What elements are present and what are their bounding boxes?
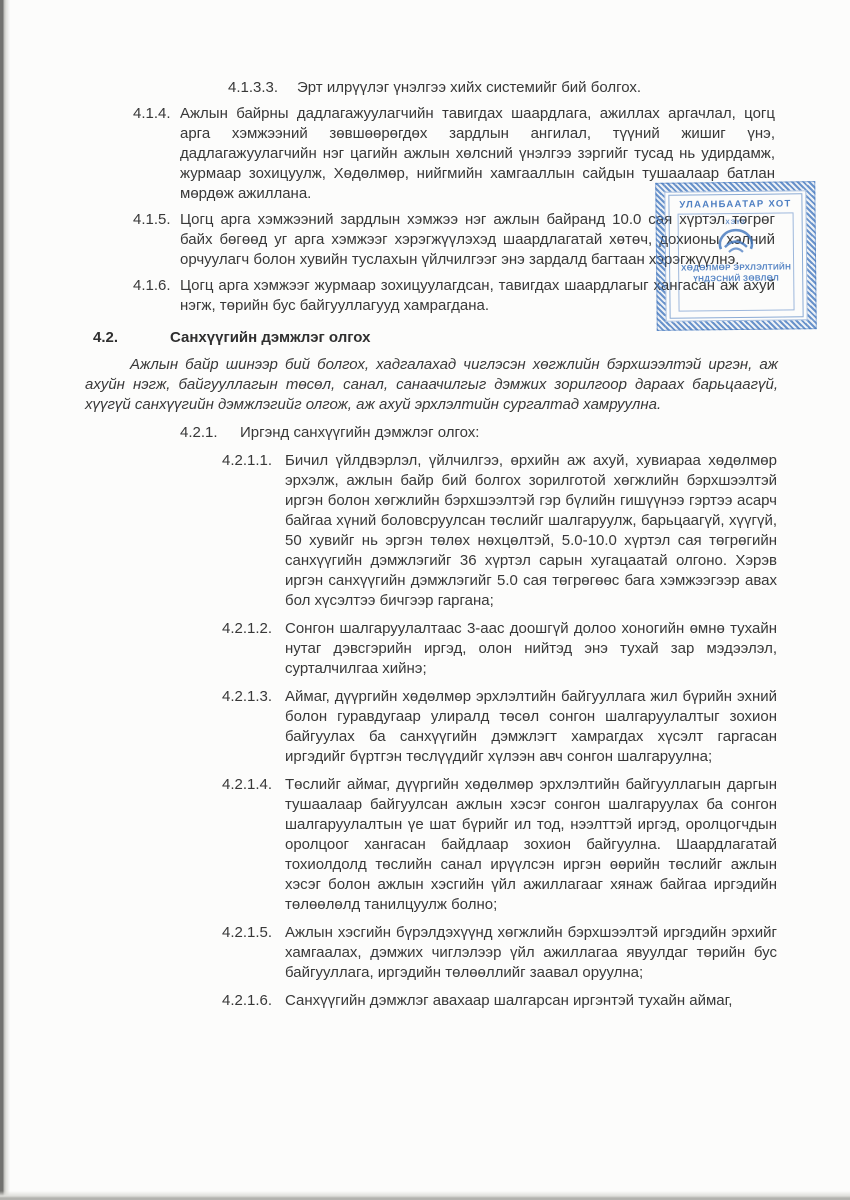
clause-text: Эрт илрүүлэг үнэлгээ хийх системийг бий …	[297, 78, 775, 98]
clause-4-2-1-4: 4.2.1.4. Төслийг аймаг, дүүргийн хөдөлмө…	[222, 775, 777, 915]
clause-text: Иргэнд санхүүгийн дэмжлэг олгох:	[240, 423, 775, 443]
clause-number: 4.2.1.4.	[222, 775, 285, 915]
section-4-2-intro: Ажлын байр шинээр бий болгох, хадгалахад…	[85, 355, 778, 415]
clause-number: 4.2.1.6.	[222, 991, 285, 1011]
clause-number: 4.2.1.2.	[222, 619, 285, 679]
clause-text: Цогц арга хэмжээг журмаар зохицуулагдсан…	[180, 276, 775, 316]
clause-4-2-1-2: 4.2.1.2. Сонгон шалгаруулалтаас 3-аас до…	[222, 619, 777, 679]
clause-4-2-1-5: 4.2.1.5. Ажлын хэсгийн бүрэлдэхүүнд хөгж…	[222, 923, 777, 983]
clause-number: 4.1.5.	[133, 210, 180, 270]
clause-4-1-3-3: 4.1.3.3. Эрт илрүүлэг үнэлгээ хийх систе…	[228, 78, 775, 98]
clause-4-1-6: 4.1.6. Цогц арга хэмжээг журмаар зохицуу…	[133, 276, 775, 316]
clause-number: 4.2.1.3.	[222, 687, 285, 767]
clause-text: Төслийг аймаг, дүүргийн хөдөлмөр эрхлэлт…	[285, 775, 777, 915]
clause-text: Сонгон шалгаруулалтаас 3-аас доошгүй дол…	[285, 619, 777, 679]
clause-number: 4.1.3.3.	[228, 78, 297, 98]
clause-4-1-5: 4.1.5. Цогц арга хэмжээний зардлын хэмжэ…	[133, 210, 775, 270]
section-4-2-heading: 4.2. Санхүүгийн дэмжлэг олгох	[93, 328, 775, 348]
clause-4-2-1-3: 4.2.1.3. Аймаг, дүүргийн хөдөлмөр эрхлэл…	[222, 687, 777, 767]
clause-4-1-4: 4.1.4. Ажлын байрны дадлагажуулагчийн та…	[133, 104, 775, 204]
clause-number: 4.2.1.	[180, 423, 240, 443]
scanned-document-page: 4.1.3.3. Эрт илрүүлэг үнэлгээ хийх систе…	[0, 0, 850, 1200]
clause-text: Аймаг, дүүргийн хөдөлмөр эрхлэлтийн байг…	[285, 687, 777, 767]
scan-edge-bottom	[0, 1191, 850, 1200]
clause-text: Цогц арга хэмжээний зардлын хэмжээ нэг а…	[180, 210, 775, 270]
clause-text: Ажлын байрны дадлагажуулагчийн тавигдах …	[180, 104, 775, 204]
clause-4-2-1: 4.2.1. Иргэнд санхүүгийн дэмжлэг олгох:	[180, 423, 775, 443]
clause-number: 4.2.1.1.	[222, 451, 285, 611]
clause-number: 4.1.6.	[133, 276, 180, 316]
document-content: 4.1.3.3. Эрт илрүүлэг үнэлгээ хийх систе…	[0, 0, 850, 1011]
clause-number: 4.1.4.	[133, 104, 180, 204]
clause-text: Санхүүгийн дэмжлэг авахаар шалгарсан ирг…	[285, 991, 777, 1011]
section-title: Санхүүгийн дэмжлэг олгох	[170, 328, 775, 348]
clause-4-2-1-1: 4.2.1.1. Бичил үйлдвэрлэл, үйлчилгээ, өр…	[222, 451, 777, 611]
clause-4-2-1-6: 4.2.1.6. Санхүүгийн дэмжлэг авахаар шалг…	[222, 991, 777, 1011]
clause-text: Ажлын хэсгийн бүрэлдэхүүнд хөгжлийн бэрх…	[285, 923, 777, 983]
clause-text: Бичил үйлдвэрлэл, үйлчилгээ, өрхийн аж а…	[285, 451, 777, 611]
section-number: 4.2.	[93, 328, 170, 348]
clause-number: 4.2.1.5.	[222, 923, 285, 983]
